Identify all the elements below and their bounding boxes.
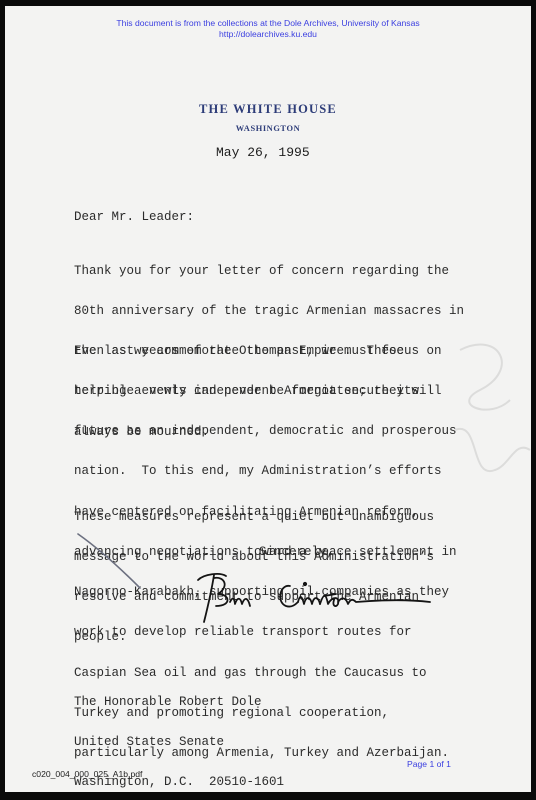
letterhead-city: WASHINGTON [0, 124, 536, 133]
text-line: These measures represent a quiet but una… [74, 511, 434, 524]
archive-url-link[interactable]: http://dolearchives.ku.edu [0, 29, 536, 40]
archive-notice: This document is from the collections at… [0, 18, 536, 29]
letterhead-title: THE WHITE HOUSE [0, 102, 536, 117]
page-indicator: Page 1 of 1 [407, 759, 451, 769]
letter-salutation: Dear Mr. Leader: [74, 211, 194, 224]
file-name: c020_004_000_025_A1b.pdf [32, 769, 142, 779]
text-line: 80th anniversary of the tragic Armenian … [74, 305, 464, 318]
text-line: future as an independent, democratic and… [74, 425, 457, 438]
signature-icon [190, 566, 440, 626]
text-line: Even as we commemorate the past, we must… [74, 345, 457, 358]
pen-stroke-mark [70, 528, 150, 594]
recipient-line: The Honorable Robert Dole [74, 696, 284, 709]
recipient-address: The Honorable Robert Dole United States … [74, 669, 284, 800]
text-line: Thank you for your letter of concern reg… [74, 265, 464, 278]
letter-closing: Sincerely, [259, 546, 334, 559]
text-line: helping a newly independent Armenia secu… [74, 385, 457, 398]
recipient-line: United States Senate [74, 736, 284, 749]
letter-date: May 26, 1995 [216, 146, 310, 159]
text-line: people. [74, 631, 434, 644]
text-line: nation. To this end, my Administration’s… [74, 465, 457, 478]
